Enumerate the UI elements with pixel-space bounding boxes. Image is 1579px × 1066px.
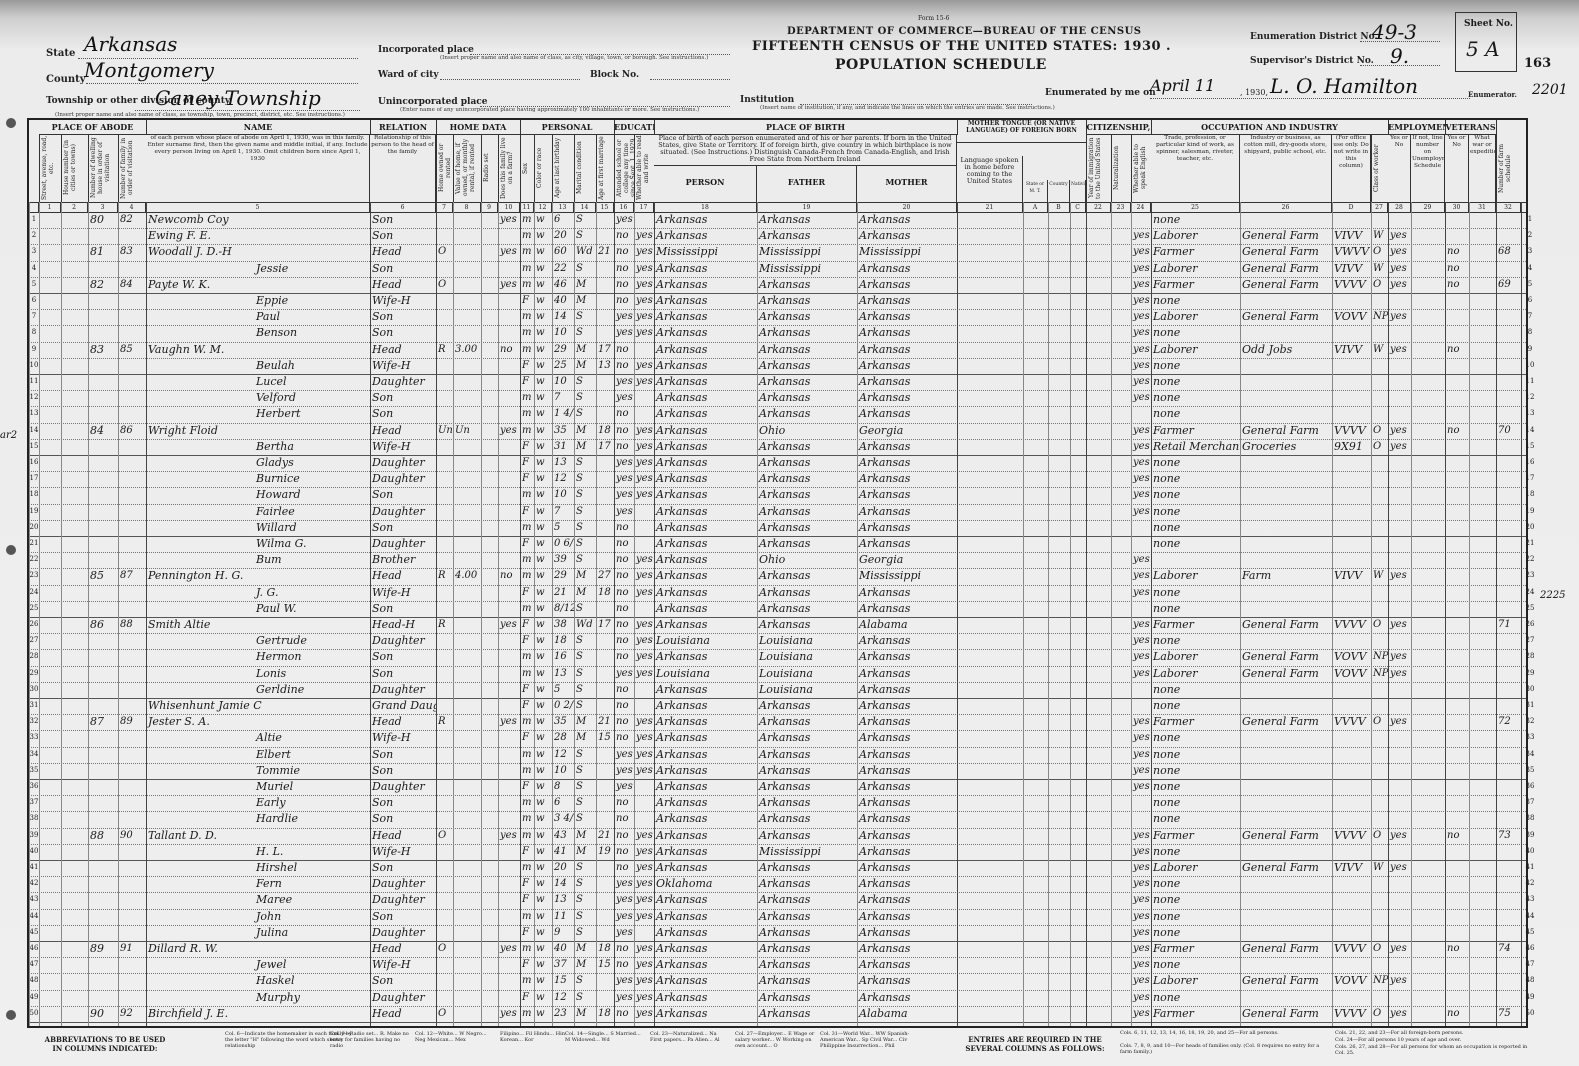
cell-first-marriage bbox=[596, 552, 614, 568]
county-label: County bbox=[46, 74, 86, 85]
line-number-right: 47 bbox=[1522, 957, 1538, 973]
cell-read: yes bbox=[634, 293, 654, 309]
column-header-natur: Naturalization bbox=[1111, 134, 1131, 202]
cell-name: Fairlee bbox=[146, 504, 370, 520]
cell-relation: Head bbox=[370, 423, 436, 439]
cell-birth: Arkansas bbox=[654, 536, 757, 552]
cell-read bbox=[634, 811, 654, 827]
cell-line: 33 bbox=[29, 730, 39, 746]
cell-age: 20 bbox=[552, 860, 574, 876]
cell-sex: F bbox=[520, 682, 534, 698]
cell-vet bbox=[1445, 455, 1469, 471]
cell-race: w bbox=[534, 390, 552, 406]
cell-vet bbox=[1445, 973, 1469, 989]
column-divider bbox=[614, 202, 615, 1026]
cell-name: Benson bbox=[146, 325, 370, 341]
cell-name: Fern bbox=[146, 876, 370, 892]
cell-school: no bbox=[614, 682, 634, 698]
cell-race: w bbox=[534, 293, 552, 309]
cell-age: 10 bbox=[552, 374, 574, 390]
cell-work bbox=[1388, 406, 1411, 422]
cell-marital: M bbox=[574, 844, 596, 860]
cell-read: yes bbox=[634, 309, 654, 325]
cell-father: Arkansas bbox=[757, 860, 857, 876]
cell-class: W bbox=[1371, 860, 1388, 876]
column-number: 28 bbox=[1388, 203, 1411, 212]
cell-line: 35 bbox=[29, 763, 39, 779]
cell-owned bbox=[436, 536, 453, 552]
column-divider bbox=[957, 202, 958, 1026]
cell-english: yes bbox=[1131, 941, 1151, 957]
line-number-right: 12 bbox=[1522, 390, 1538, 406]
cell-line: 38 bbox=[29, 811, 39, 827]
cell-race: w bbox=[534, 730, 552, 746]
cell-radio bbox=[481, 309, 498, 325]
cell-birth: Arkansas bbox=[654, 601, 757, 617]
cell-work: yes bbox=[1388, 568, 1411, 584]
abbrev-col9: Col. 9—Radio set... R. Make no entry for… bbox=[330, 1031, 410, 1049]
group-veterans: VETERANS bbox=[1445, 120, 1497, 135]
cell-work: yes bbox=[1388, 973, 1411, 989]
cell-first-marriage: 17 bbox=[596, 439, 614, 455]
cell-radio bbox=[481, 957, 498, 973]
cell-radio bbox=[481, 925, 498, 941]
cell-marital: S bbox=[574, 698, 596, 714]
cell-race: w bbox=[534, 876, 552, 892]
cell-class bbox=[1371, 747, 1388, 763]
cell-race: w bbox=[534, 714, 552, 730]
cell-relation: Daughter bbox=[370, 504, 436, 520]
cell-owned bbox=[436, 957, 453, 973]
cell-family bbox=[118, 811, 146, 827]
cell-farm-sched bbox=[1496, 973, 1521, 989]
cell-mother: Arkansas bbox=[857, 747, 957, 763]
cell-marital: S bbox=[574, 487, 596, 503]
cell-vet bbox=[1445, 293, 1469, 309]
cell-father: Arkansas bbox=[757, 763, 857, 779]
cell-relation: Head bbox=[370, 714, 436, 730]
column-header-house: House number (in cities or towns) bbox=[61, 134, 88, 202]
margin-note-left: ar2 bbox=[0, 430, 17, 441]
cell-work bbox=[1388, 876, 1411, 892]
cell-class bbox=[1371, 811, 1388, 827]
cell-first-marriage bbox=[596, 698, 614, 714]
cell-english: yes bbox=[1131, 617, 1151, 633]
cell-read: yes bbox=[634, 990, 654, 1006]
cell-marital: S bbox=[574, 471, 596, 487]
cell-code bbox=[1332, 633, 1371, 649]
cell-industry bbox=[1240, 406, 1332, 422]
state-value: Arkansas bbox=[84, 32, 177, 56]
cell-father: Arkansas bbox=[757, 909, 857, 925]
line-number-right: 48 bbox=[1522, 973, 1538, 989]
table-row: 22BumBrothermw39SnoyesArkansasOhioGeorgi… bbox=[29, 552, 1526, 569]
cell-race: w bbox=[534, 471, 552, 487]
cell-code: VVVV bbox=[1332, 1006, 1371, 1022]
cell-class bbox=[1371, 601, 1388, 617]
cell-family: 90 bbox=[118, 828, 146, 844]
column-number: 14 bbox=[574, 203, 596, 212]
cell-marital: S bbox=[574, 860, 596, 876]
cell-owned bbox=[436, 909, 453, 925]
cell-family bbox=[118, 973, 146, 989]
cell-age: 13 bbox=[552, 892, 574, 908]
line-number-right: 7 bbox=[1522, 309, 1538, 325]
cell-birth: Arkansas bbox=[654, 261, 757, 277]
line-number-right: 6 bbox=[1522, 293, 1538, 309]
cell-marital: S bbox=[574, 990, 596, 1006]
cell-age: 21 bbox=[552, 585, 574, 601]
column-number: D bbox=[1332, 203, 1371, 212]
cell-school: yes bbox=[614, 325, 634, 341]
line-number-right: 3 bbox=[1522, 244, 1538, 260]
cell-vet bbox=[1445, 374, 1469, 390]
cell-vet bbox=[1445, 844, 1469, 860]
cell-farm bbox=[498, 261, 520, 277]
cell-race: w bbox=[534, 601, 552, 617]
column-header-family: Number of family in order of visitation bbox=[118, 134, 146, 202]
cell-industry: General Farm bbox=[1240, 649, 1332, 665]
cell-farm bbox=[498, 811, 520, 827]
cell-industry bbox=[1240, 925, 1332, 941]
cell-sex: m bbox=[520, 228, 534, 244]
cell-radio bbox=[481, 536, 498, 552]
cell-marital: M bbox=[574, 342, 596, 358]
cell-mother: Mississippi bbox=[857, 244, 957, 260]
cell-relation: Son bbox=[370, 795, 436, 811]
unincorporated-hint: (Enter name of any unincorporated place … bbox=[400, 107, 699, 113]
cell-race: w bbox=[534, 682, 552, 698]
cell-sex: m bbox=[520, 828, 534, 844]
cell-value bbox=[453, 601, 481, 617]
abbreviations-title: ABBREVIATIONS TO BE USED IN COLUMNS INDI… bbox=[40, 1035, 170, 1053]
cell-vet bbox=[1445, 228, 1469, 244]
cell-industry bbox=[1240, 876, 1332, 892]
cell-sex: m bbox=[520, 909, 534, 925]
cell-first-marriage bbox=[596, 309, 614, 325]
cell-family bbox=[118, 585, 146, 601]
cell-school: no bbox=[614, 795, 634, 811]
cell-farm bbox=[498, 552, 520, 568]
column-divider bbox=[857, 202, 858, 1026]
cell-vet bbox=[1445, 763, 1469, 779]
table-row: 6EppieWife-HFw40MnoyesArkansasArkansasAr… bbox=[29, 293, 1526, 310]
cell-farm bbox=[498, 520, 520, 536]
cell-english: yes bbox=[1131, 423, 1151, 439]
cell-farm bbox=[498, 406, 520, 422]
line-number-right: 45 bbox=[1522, 925, 1538, 941]
line-number-right: 36 bbox=[1522, 779, 1538, 795]
cell-relation: Son bbox=[370, 309, 436, 325]
cell-name: Whisenhunt Jamie C bbox=[146, 698, 370, 714]
enumerator-label: Enumerator. bbox=[1468, 90, 1517, 99]
cell-class bbox=[1371, 682, 1388, 698]
group-place-of-abode: PLACE OF ABODE bbox=[39, 120, 147, 135]
cell-mother: Arkansas bbox=[857, 714, 957, 730]
cell-father: Arkansas bbox=[757, 487, 857, 503]
cell-code bbox=[1332, 374, 1371, 390]
cell-english: yes bbox=[1131, 471, 1151, 487]
column-header-war: What war or expedition? bbox=[1469, 134, 1496, 202]
cell-sex: m bbox=[520, 747, 534, 763]
cell-school: yes bbox=[614, 747, 634, 763]
line-number-right: 11 bbox=[1522, 374, 1538, 390]
cell-owned: O bbox=[436, 1006, 453, 1022]
cell-race: w bbox=[534, 504, 552, 520]
cell-code: VOVV bbox=[1332, 649, 1371, 665]
cell-mother: Arkansas bbox=[857, 228, 957, 244]
cell-radio bbox=[481, 439, 498, 455]
cell-work: yes bbox=[1388, 1006, 1411, 1022]
cell-farm-sched bbox=[1496, 552, 1521, 568]
enumerated-label: Enumerated by me on bbox=[1045, 88, 1156, 98]
cell-mother: Arkansas bbox=[857, 342, 957, 358]
entries-title: ENTRIES ARE REQUIRED IN THE SEVERAL COLU… bbox=[960, 1035, 1110, 1053]
cell-first-marriage bbox=[596, 892, 614, 908]
line-number-right: 13 bbox=[1522, 406, 1538, 422]
line-number-right: 44 bbox=[1522, 909, 1538, 925]
cell-name: Muriel bbox=[146, 779, 370, 795]
cell-work: yes bbox=[1388, 244, 1411, 260]
cell-english: yes bbox=[1131, 228, 1151, 244]
cell-school: no bbox=[614, 828, 634, 844]
cell-read: yes bbox=[634, 585, 654, 601]
cell-first-marriage: 27 bbox=[596, 568, 614, 584]
cell-farm-sched bbox=[1496, 860, 1521, 876]
cell-occupation: Farmer bbox=[1151, 714, 1240, 730]
table-row: 48HaskelSonmw15SyesyesArkansasArkansasAr… bbox=[29, 973, 1526, 990]
cell-farm-sched bbox=[1496, 406, 1521, 422]
cell-owned bbox=[436, 844, 453, 860]
cell-relation: Wife-H bbox=[370, 957, 436, 973]
cell-radio bbox=[481, 795, 498, 811]
line-number-right: 4 bbox=[1522, 261, 1538, 277]
cell-work bbox=[1388, 779, 1411, 795]
cell-school: no bbox=[614, 698, 634, 714]
cell-work bbox=[1388, 682, 1411, 698]
cell-name: John bbox=[146, 909, 370, 925]
cell-class bbox=[1371, 876, 1388, 892]
cell-marital: M bbox=[574, 941, 596, 957]
cell-farm-sched bbox=[1496, 568, 1521, 584]
cell-vet bbox=[1445, 795, 1469, 811]
cell-radio bbox=[481, 828, 498, 844]
cell-name: Hirshel bbox=[146, 860, 370, 876]
cell-radio bbox=[481, 860, 498, 876]
cell-radio bbox=[481, 714, 498, 730]
cell-family: 85 bbox=[118, 342, 146, 358]
cell-class bbox=[1371, 925, 1388, 941]
group-home-data: HOME DATA bbox=[436, 120, 521, 135]
cell-name: Woodall J. D.-H bbox=[146, 244, 370, 260]
cell-farm-sched bbox=[1496, 261, 1521, 277]
cell-relation: Daughter bbox=[370, 682, 436, 698]
cell-age: 20 bbox=[552, 228, 574, 244]
cell-school: no bbox=[614, 811, 634, 827]
cell-read: yes bbox=[634, 423, 654, 439]
cell-class: NP bbox=[1371, 666, 1388, 682]
cell-school: no bbox=[614, 293, 634, 309]
cell-industry bbox=[1240, 358, 1332, 374]
cell-sex: m bbox=[520, 1006, 534, 1022]
cell-owned bbox=[436, 990, 453, 1006]
cell-school: yes bbox=[614, 892, 634, 908]
cell-industry: General Farm bbox=[1240, 228, 1332, 244]
column-divider bbox=[453, 202, 454, 1026]
column-header-unemp: If not, line number on Unemployment Sche… bbox=[1411, 134, 1445, 202]
entries-2: Cols. 7, 8, 9, and 10—For heads of famil… bbox=[1120, 1043, 1320, 1055]
cell-code bbox=[1332, 795, 1371, 811]
column-header-street: Street, avenue, road, etc. bbox=[39, 134, 61, 202]
cell-dwelling bbox=[88, 730, 118, 746]
cell-farm-sched bbox=[1496, 876, 1521, 892]
cell-sex: F bbox=[520, 471, 534, 487]
cell-family bbox=[118, 504, 146, 520]
cell-owned bbox=[436, 649, 453, 665]
cell-marital: S bbox=[574, 876, 596, 892]
cell-occupation: none bbox=[1151, 471, 1240, 487]
cell-relation: Son bbox=[370, 601, 436, 617]
table-row: 21Wilma G.DaughterFw0 6/12SnoArkansasArk… bbox=[29, 536, 1526, 553]
cell-age: 28 bbox=[552, 730, 574, 746]
cell-name: Burnice bbox=[146, 471, 370, 487]
cell-code bbox=[1332, 293, 1371, 309]
cell-occupation: Laborer bbox=[1151, 309, 1240, 325]
cell-radio bbox=[481, 617, 498, 633]
cell-first-marriage bbox=[596, 876, 614, 892]
cell-family bbox=[118, 698, 146, 714]
cell-class bbox=[1371, 293, 1388, 309]
column-header-immig: Year of immigration to the United States bbox=[1086, 134, 1111, 202]
cell-name: Newcomb Coy bbox=[146, 212, 370, 228]
cell-occupation: Farmer bbox=[1151, 1006, 1240, 1022]
sheet-number-box: Sheet No. 5 A bbox=[1455, 12, 1517, 72]
cell-marital: S bbox=[574, 455, 596, 471]
cell-code bbox=[1332, 844, 1371, 860]
cell-owned bbox=[436, 860, 453, 876]
cell-age: 18 bbox=[552, 633, 574, 649]
cell-english: yes bbox=[1131, 439, 1151, 455]
column-header-school: Attended school or college any time sinc… bbox=[614, 134, 634, 202]
cell-value bbox=[453, 536, 481, 552]
cell-marital: S bbox=[574, 374, 596, 390]
cell-marital: M bbox=[574, 828, 596, 844]
line-number-right: 25 bbox=[1522, 601, 1538, 617]
cell-farm bbox=[498, 795, 520, 811]
cell-mother: Arkansas bbox=[857, 293, 957, 309]
column-header-read: Whether able to read and write bbox=[634, 134, 654, 202]
column-divider bbox=[1411, 202, 1412, 1026]
cell-father: Arkansas bbox=[757, 779, 857, 795]
group-mother-tongue: MOTHER TONGUE (OR NATIVE LANGUAGE) OF FO… bbox=[957, 120, 1087, 143]
cell-value bbox=[453, 892, 481, 908]
cell-mother: Arkansas bbox=[857, 406, 957, 422]
cell-line: 36 bbox=[29, 779, 39, 795]
cell-class bbox=[1371, 212, 1388, 228]
cell-farm: yes bbox=[498, 941, 520, 957]
cell-school: yes bbox=[614, 390, 634, 406]
cell-industry bbox=[1240, 763, 1332, 779]
cell-dwelling bbox=[88, 455, 118, 471]
cell-mother: Arkansas bbox=[857, 779, 957, 795]
cell-mother: Arkansas bbox=[857, 666, 957, 682]
line-number-right: 15 bbox=[1522, 439, 1538, 455]
cell-code bbox=[1332, 811, 1371, 827]
column-number: 27 bbox=[1371, 203, 1388, 212]
column-number: 24 bbox=[1131, 203, 1151, 212]
cell-sex: m bbox=[520, 649, 534, 665]
cell-first-marriage bbox=[596, 374, 614, 390]
cell-vet bbox=[1445, 390, 1469, 406]
cell-radio bbox=[481, 892, 498, 908]
table-row: 58284Payte W. K.HeadOyesmw46MnoyesArkans… bbox=[29, 277, 1526, 294]
cell-class: W bbox=[1371, 261, 1388, 277]
cell-sex: m bbox=[520, 552, 534, 568]
cell-vet bbox=[1445, 990, 1469, 1006]
cell-industry bbox=[1240, 633, 1332, 649]
cell-first-marriage: 15 bbox=[596, 957, 614, 973]
cell-work bbox=[1388, 536, 1411, 552]
cell-dwelling bbox=[88, 779, 118, 795]
cell-work bbox=[1388, 747, 1411, 763]
line-number-right: 29 bbox=[1522, 666, 1538, 682]
cell-class: O bbox=[1371, 714, 1388, 730]
cell-vet bbox=[1445, 747, 1469, 763]
cell-farm-sched bbox=[1496, 795, 1521, 811]
cell-mother: Arkansas bbox=[857, 471, 957, 487]
cell-mother: Arkansas bbox=[857, 212, 957, 228]
column-number: 6 bbox=[370, 203, 436, 212]
cell-father: Louisiana bbox=[757, 649, 857, 665]
cell-relation: Son bbox=[370, 390, 436, 406]
cell-class bbox=[1371, 730, 1388, 746]
cell-name: Birchfield J. E. bbox=[146, 1006, 370, 1022]
table-row: 25Paul W.Sonmw8/12SnoArkansasArkansasArk… bbox=[29, 601, 1526, 618]
cell-vet bbox=[1445, 536, 1469, 552]
county-value: Montgomery bbox=[84, 58, 214, 82]
cell-name: Haskel bbox=[146, 973, 370, 989]
cell-relation: Wife-H bbox=[370, 358, 436, 374]
cell-name: Early bbox=[146, 795, 370, 811]
cell-work bbox=[1388, 909, 1411, 925]
cell-birth: Arkansas bbox=[654, 520, 757, 536]
table-row: 18HowardSonmw10SyesyesArkansasArkansasAr… bbox=[29, 487, 1526, 504]
cell-vet: no bbox=[1445, 941, 1469, 957]
cell-class: O bbox=[1371, 941, 1388, 957]
cell-school: yes bbox=[614, 487, 634, 503]
cell-radio bbox=[481, 374, 498, 390]
cell-radio bbox=[481, 504, 498, 520]
cell-first-marriage bbox=[596, 811, 614, 827]
cell-marital: S bbox=[574, 536, 596, 552]
cell-sex: m bbox=[520, 390, 534, 406]
cell-class bbox=[1371, 390, 1388, 406]
cell-sex: m bbox=[520, 860, 534, 876]
column-divider bbox=[520, 202, 521, 1026]
township-value: Caney Township bbox=[155, 86, 321, 110]
cell-owned bbox=[436, 520, 453, 536]
line-number-right: 31 bbox=[1522, 698, 1538, 714]
table-row: 238587Pennington H. G.HeadR4.00nomw29M27… bbox=[29, 568, 1526, 585]
cell-line: 11 bbox=[29, 374, 39, 390]
column-divider bbox=[61, 202, 62, 1026]
cell-vet bbox=[1445, 925, 1469, 941]
cell-line: 1 bbox=[29, 212, 39, 228]
cell-name: H. L. bbox=[146, 844, 370, 860]
cell-sex: m bbox=[520, 325, 534, 341]
cell-name: Willard bbox=[146, 520, 370, 536]
cell-age: 6 bbox=[552, 795, 574, 811]
